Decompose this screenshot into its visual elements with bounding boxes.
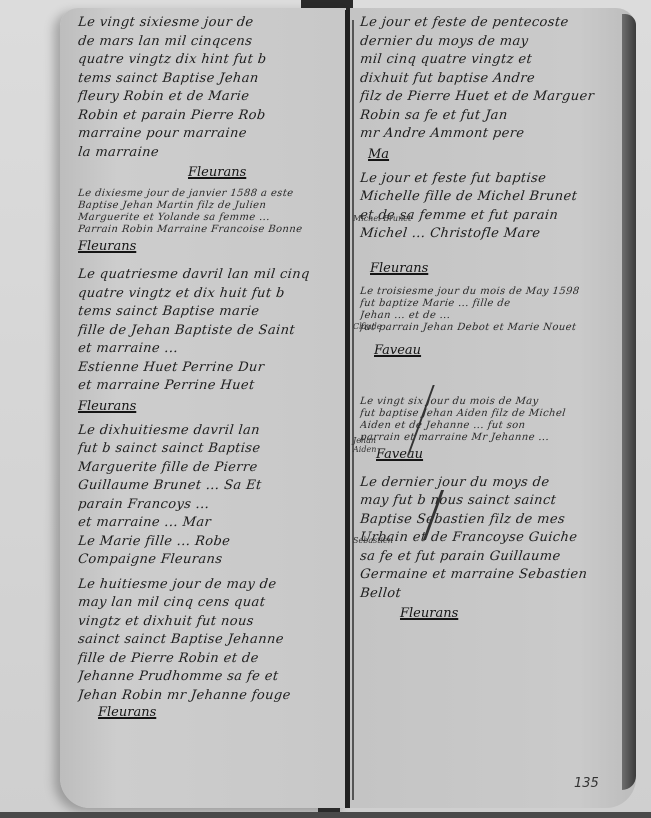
text-line: tems sainct Baptise marie xyxy=(77,303,341,322)
text-line: Robin sa fe et fut Jan xyxy=(359,107,619,126)
page-number: 135 xyxy=(574,776,599,791)
text-line: Jehan ... et de ... xyxy=(359,310,618,322)
text-line: dixhuit fut baptise Andre xyxy=(359,70,619,89)
text-line: Urbain et de Francoyse Guiche xyxy=(359,529,619,548)
signature: Fleurans xyxy=(370,258,618,280)
signature: Ma xyxy=(368,144,618,166)
text-line: mr Andre Ammont pere xyxy=(359,125,619,144)
bottom-strip xyxy=(0,812,651,818)
left-page-text: Le vingt sixiesme jour de de mars lan mi… xyxy=(78,14,340,725)
text-line: fille de Pierre Robin et de xyxy=(77,650,341,669)
signature: Faveau xyxy=(376,444,618,466)
text-line: et marraine Perrine Huet xyxy=(77,377,341,396)
text-line: mil cinq quatre vingtz et xyxy=(359,51,619,70)
text-line: fut b sainct sainct Baptise xyxy=(77,440,341,459)
signature: Fleurans xyxy=(188,162,340,184)
text-line: sainct sainct Baptise Jehanne xyxy=(77,631,341,650)
text-line: Michel ... Christofle Mare xyxy=(359,225,619,244)
text-line: fut baptize Marie ... fille de xyxy=(359,298,618,310)
text-line: Jehan Robin mr Jehanne fouge xyxy=(77,687,341,706)
text-line: Le jour et feste fut baptise xyxy=(359,170,619,189)
margin-note: Claude xyxy=(353,322,381,331)
text-line: Le jour et feste de pentecoste xyxy=(359,14,619,33)
text-line: Parrain Robin Marraine Francoise Bonne xyxy=(77,224,340,236)
baptism-entry: Le vingt sixiesme jour de de mars lan mi… xyxy=(78,14,340,184)
text-line: parrain et marraine Mr Jehanne ... xyxy=(359,432,618,444)
text-line: quatre vingtz dix hint fut b xyxy=(77,51,341,70)
text-line: sa fe et fut parain Guillaume xyxy=(359,548,619,567)
text-line: et marraine ... Mar xyxy=(77,514,341,533)
text-line: Bellot xyxy=(359,585,619,604)
text-line: Compaigne Fleurans xyxy=(77,551,341,570)
baptism-entry: Le vingt six jour du mois de May fut bap… xyxy=(360,396,618,466)
text-line: Le troisiesme jour du mois de May 1598 xyxy=(359,286,618,298)
text-line: Baptise Sebastien filz de mes xyxy=(359,511,619,530)
text-line: marraine pour marraine xyxy=(77,125,341,144)
text-line: quatre vingtz et dix huit fut b xyxy=(77,285,341,304)
text-line: Jehanne Prudhomme sa fe et xyxy=(77,668,341,687)
text-line: Le huitiesme jour de may de xyxy=(77,576,341,595)
text-line: Le dernier jour du moys de xyxy=(359,474,619,493)
text-line: Germaine et marraine Sebastien xyxy=(359,566,619,585)
baptism-entry: Le quatriesme davril lan mil cinq quatre… xyxy=(78,266,340,418)
margin-rule xyxy=(352,20,354,800)
text-line: parain Francoys ... xyxy=(77,496,341,515)
baptism-entry: Le jour et feste fut baptise Michelle fi… xyxy=(360,170,618,280)
text-line: may fut b nous sainct sainct xyxy=(359,492,619,511)
baptism-entry: Le huitiesme jour de may de may lan mil … xyxy=(78,576,340,722)
text-line: Le vingt sixiesme jour de xyxy=(77,14,341,33)
margin-note: Sebastien xyxy=(353,536,393,545)
text-line: Le quatriesme davril lan mil cinq xyxy=(77,266,341,285)
text-line: et marraine ... xyxy=(77,340,341,359)
text-line: Baptise Jehan Martin filz de Julien xyxy=(77,200,340,212)
text-line: Estienne Huet Perrine Dur xyxy=(77,359,341,378)
text-line: fut parrain Jehan Debot et Marie Nouet xyxy=(359,322,618,334)
text-line: filz de Pierre Huet et de Marguer xyxy=(359,88,619,107)
text-line: Guillaume Brunet ... Sa Et xyxy=(77,477,341,496)
baptism-entry: Le jour et feste de pentecoste dernier d… xyxy=(360,14,618,166)
baptism-entry: Le dixiesme jour de janvier 1588 a este … xyxy=(78,188,340,258)
book-edge xyxy=(622,14,636,790)
text-line: la marraine xyxy=(77,144,341,163)
signature: Fleurans xyxy=(78,236,340,258)
text-line: Le vingt six jour du mois de May xyxy=(359,396,618,408)
text-line: Aiden et de Jehanne ... fut son xyxy=(359,420,618,432)
signature: Fleurans xyxy=(400,603,618,625)
text-line: Michelle fille de Michel Brunet xyxy=(359,188,619,207)
text-line: Marguerite fille de Pierre xyxy=(77,459,341,478)
signature: Fleurans xyxy=(98,705,340,721)
text-line: fut baptise Jehan Aiden filz de Michel xyxy=(359,408,618,420)
text-line: Le dixiesme jour de janvier 1588 a este xyxy=(77,188,340,200)
margin-note: Michel Brunet xyxy=(353,214,411,223)
signature: Fleurans xyxy=(78,396,340,418)
text-line: vingtz et dixhuit fut nous xyxy=(77,613,341,632)
text-line: Le dixhuitiesme davril lan xyxy=(77,422,341,441)
text-line: Robin et parain Pierre Rob xyxy=(77,107,341,126)
text-line: may lan mil cinq cens quat xyxy=(77,594,341,613)
margin-note: Jehan Aiden xyxy=(353,436,383,454)
book-spine xyxy=(345,10,350,808)
signature: Faveau xyxy=(374,340,618,362)
text-line: Le Marie fille ... Robe xyxy=(77,533,341,552)
text-line: Marguerite et Yolande sa femme ... xyxy=(77,212,340,224)
baptism-entry: Le dernier jour du moys de may fut b nou… xyxy=(360,474,618,626)
text-line: tems sainct Baptise Jehan xyxy=(77,70,341,89)
text-line: fleury Robin et de Marie xyxy=(77,88,341,107)
text-line: dernier du moys de may xyxy=(359,33,619,52)
baptism-entry: Le troisiesme jour du mois de May 1598 f… xyxy=(360,286,618,362)
right-page-text: Le jour et feste de pentecoste dernier d… xyxy=(360,14,618,629)
baptism-entry: Le dixhuitiesme davril lan fut b sainct … xyxy=(78,422,340,570)
text-line: de mars lan mil cinqcens xyxy=(77,33,341,52)
text-line: fille de Jehan Baptiste de Saint xyxy=(77,322,341,341)
